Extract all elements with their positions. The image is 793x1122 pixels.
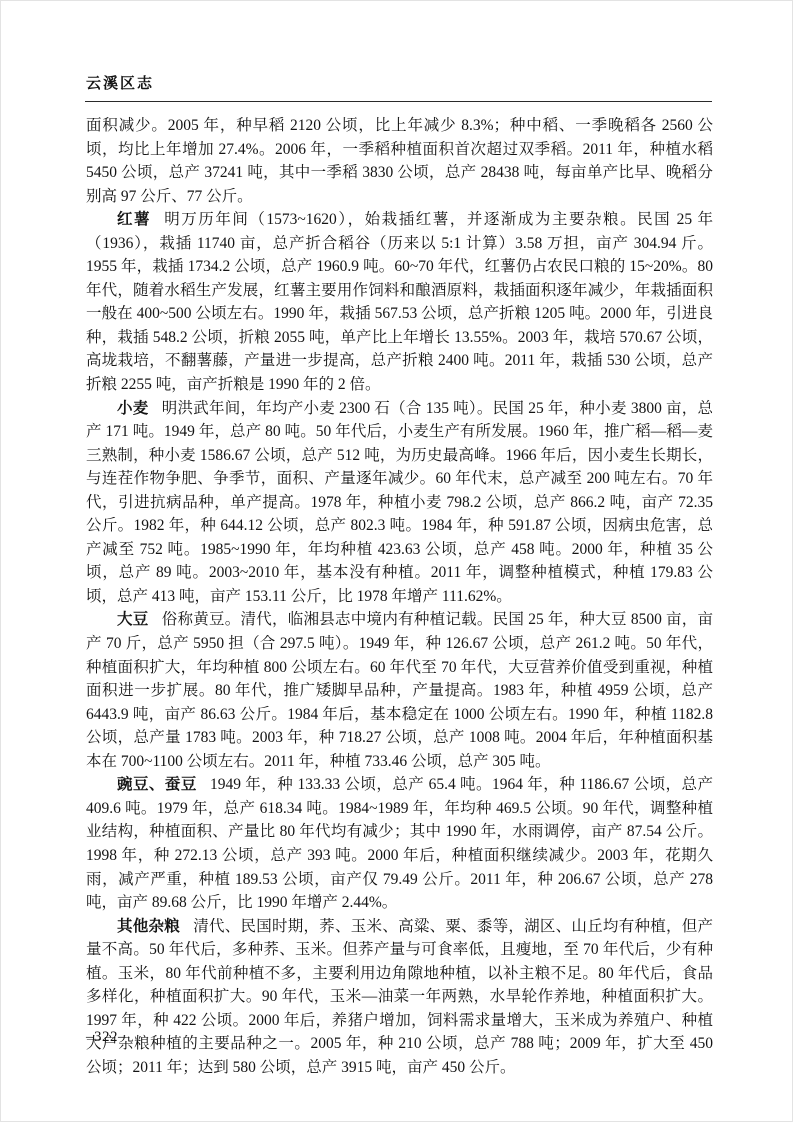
paragraph-text: 清代、民国时期，荞、玉米、高粱、粟、黍等，湖区、山丘均有种植，但产量不高。50 …	[86, 918, 713, 1076]
page-header-title: 云溪区志	[86, 72, 154, 93]
crop-heading-wheat: 小麦	[117, 400, 149, 417]
paragraph-other-grains: 其他杂粮清代、民国时期，荞、玉米、高粱、粟、黍等，湖区、山丘均有种植，但产量不高…	[86, 915, 713, 1080]
crop-heading-sweet-potato: 红薯	[117, 211, 151, 228]
crop-heading-peas-broad-beans: 豌豆、蚕豆	[117, 776, 197, 793]
paragraph-peas-broad-beans: 豌豆、蚕豆1949 年，种 133.33 公顷，总产 65.4 吨。1964 年…	[86, 773, 713, 914]
gazetteer-page: 云溪区志 面积减少。2005 年，种早稻 2120 公顷，比上年减少 8.3%；…	[0, 0, 793, 1122]
body-text: 面积减少。2005 年，种早稻 2120 公顷，比上年减少 8.3%；种中稻、一…	[86, 114, 713, 1079]
crop-heading-other-grains: 其他杂粮	[117, 918, 180, 935]
crop-heading-soybean: 大豆	[117, 611, 149, 628]
paragraph-text: 明万历年间（1573~1620），始栽插红薯，并逐渐成为主要杂粮。民国 25 年…	[86, 211, 713, 393]
paragraph-soybean: 大豆俗称黄豆。清代，临湘县志中境内有种植记载。民国 25 年，种大豆 8500 …	[86, 608, 713, 773]
header-rule-divider	[85, 101, 712, 102]
paragraph-sweet-potato: 红薯明万历年间（1573~1620），始栽插红薯，并逐渐成为主要杂粮。民国 25…	[86, 208, 713, 396]
paragraph-text: 1949 年，种 133.33 公顷，总产 65.4 吨。1964 年，种 11…	[86, 776, 713, 911]
paragraph-rice-continuation: 面积减少。2005 年，种早稻 2120 公顷，比上年减少 8.3%；种中稻、一…	[86, 114, 713, 208]
paragraph-wheat: 小麦明洪武年间，年均产小麦 2300 石（合 135 吨）。民国 25 年，种小…	[86, 397, 713, 609]
paragraph-text: 俗称黄豆。清代，临湘县志中境内有种植记载。民国 25 年，种大豆 8500 亩，…	[86, 611, 713, 769]
paragraph-text: 明洪武年间，年均产小麦 2300 石（合 135 吨）。民国 25 年，种小麦 …	[86, 400, 713, 605]
paragraph-text: 面积减少。2005 年，种早稻 2120 公顷，比上年减少 8.3%；种中稻、一…	[86, 117, 713, 205]
page-number: –322–	[86, 1029, 126, 1046]
